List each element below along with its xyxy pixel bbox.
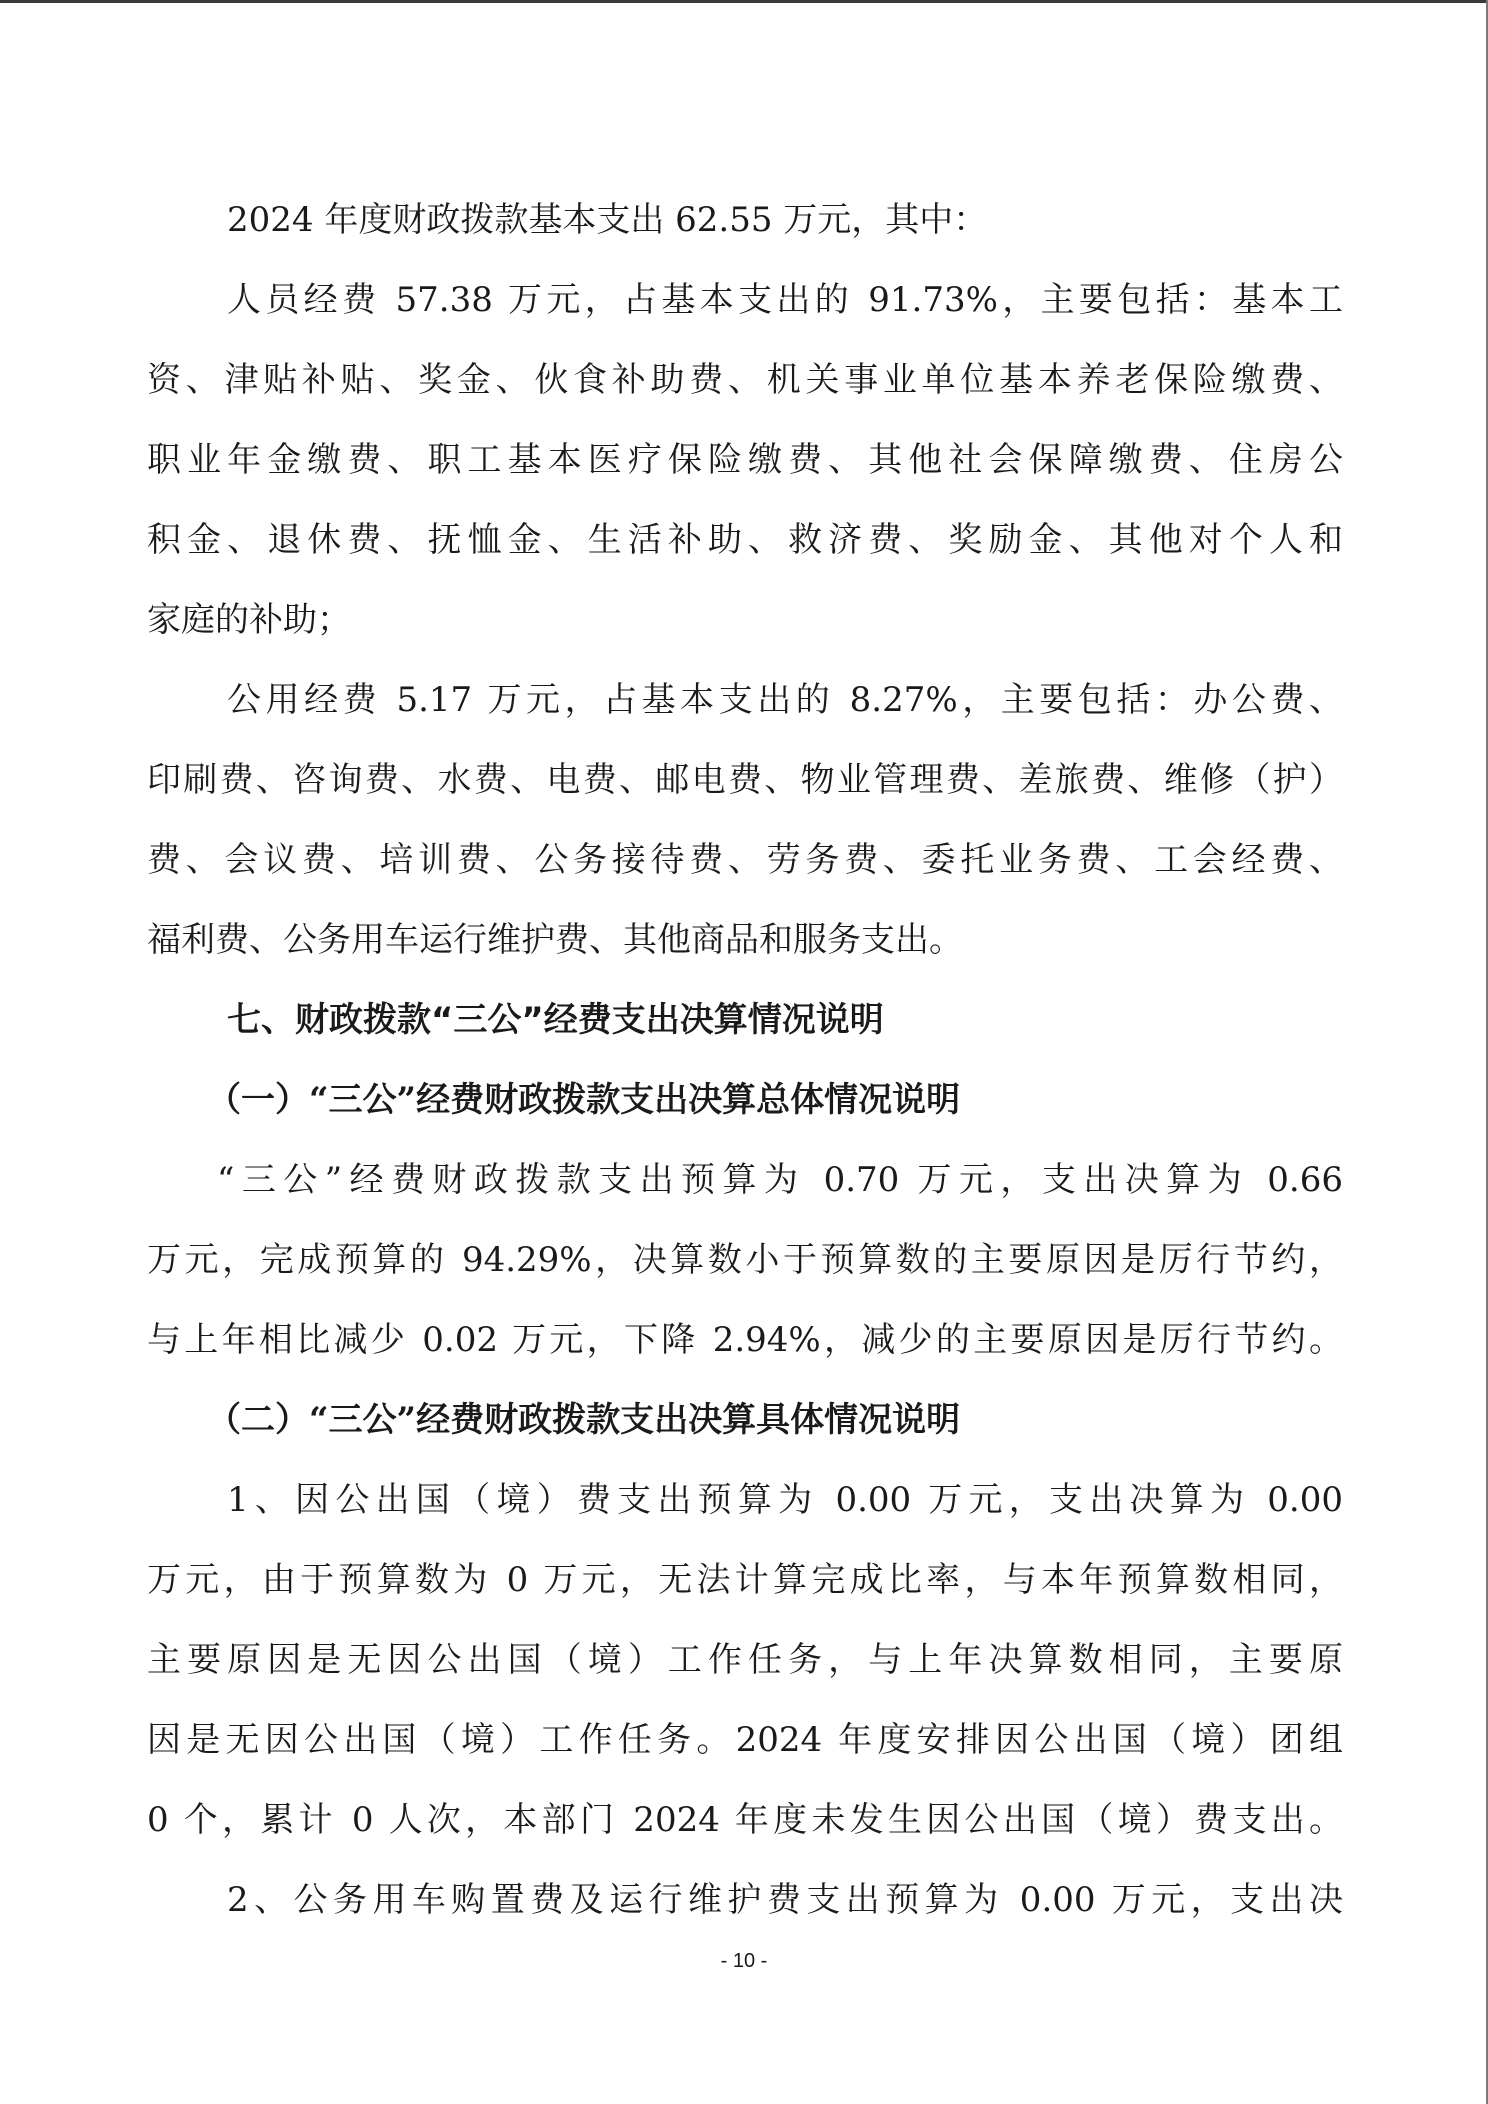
page-top-border	[0, 0, 1488, 3]
text-line: 印刷费、咨询费、水费、电费、邮电费、物业管理费、差旅费、维修（护）	[147, 740, 1343, 820]
text-line: 家庭的补助；	[147, 580, 1343, 660]
paragraph-basic-expenditure-intro: 2024 年度财政拨款基本支出 62.55 万元，其中：	[147, 180, 1343, 260]
subsection-heading-overall: （一）“三公”经费财政拨款支出决算总体情况说明	[147, 1060, 1343, 1140]
text-line: 与上年相比减少 0.02 万元，下降 2.94%，减少的主要原因是厉行节约。	[147, 1300, 1343, 1380]
text-line: 积金、退休费、抚恤金、生活补助、救济费、奖励金、其他对个人和	[147, 500, 1343, 580]
subsection-heading-specific: （二）“三公”经费财政拨款支出决算具体情况说明	[147, 1380, 1343, 1460]
paragraph-vehicle-expenses: 2、公务用车购置费及运行维护费支出预算为 0.00 万元，支出决	[147, 1860, 1343, 1940]
text-line: 公用经费 5.17 万元，占基本支出的 8.27%，主要包括：办公费、	[147, 660, 1343, 740]
paragraph-overseas-expenses: 1、因公出国（境）费支出预算为 0.00 万元，支出决算为 0.00 万元，由于…	[147, 1460, 1343, 1860]
section-heading-seven: 七、财政拨款“三公”经费支出决算情况说明	[147, 980, 1343, 1060]
paragraph-public-expenses: 公用经费 5.17 万元，占基本支出的 8.27%，主要包括：办公费、 印刷费、…	[147, 660, 1343, 980]
text-line: 福利费、公务用车运行维护费、其他商品和服务支出。	[147, 900, 1343, 980]
text-line: 主要原因是无因公出国（境）工作任务，与上年决算数相同，主要原	[147, 1620, 1343, 1700]
text-line: 万元，由于预算数为 0 万元，无法计算完成比率，与本年预算数相同，	[147, 1540, 1343, 1620]
text-line: 2、公务用车购置费及运行维护费支出预算为 0.00 万元，支出决	[147, 1860, 1343, 1940]
text-line: 职业年金缴费、职工基本医疗保险缴费、其他社会保障缴费、住房公	[147, 420, 1343, 500]
paragraph-three-public-overall: “三公”经费财政拨款支出预算为 0.70 万元，支出决算为 0.66 万元，完成…	[147, 1140, 1343, 1380]
text-line: 0 个，累计 0 人次，本部门 2024 年度未发生因公出国（境）费支出。	[147, 1780, 1343, 1860]
page-number: - 10 -	[0, 1950, 1488, 1973]
text-line: 因是无因公出国（境）工作任务。2024 年度安排因公出国（境）团组	[147, 1700, 1343, 1780]
text-line: 费、会议费、培训费、公务接待费、劳务费、委托业务费、工会经费、	[147, 820, 1343, 900]
text-line: “三公”经费财政拨款支出预算为 0.70 万元，支出决算为 0.66	[147, 1140, 1343, 1220]
document-page: 2024 年度财政拨款基本支出 62.55 万元，其中： 人员经费 57.38 …	[147, 180, 1343, 1940]
paragraph-personnel-expenses: 人员经费 57.38 万元，占基本支出的 91.73%，主要包括：基本工 资、津…	[147, 260, 1343, 660]
text-line: 资、津贴补贴、奖金、伙食补助费、机关事业单位基本养老保险缴费、	[147, 340, 1343, 420]
text-line: 万元，完成预算的 94.29%，决算数小于预算数的主要原因是厉行节约，	[147, 1220, 1343, 1300]
text-line: 人员经费 57.38 万元，占基本支出的 91.73%，主要包括：基本工	[147, 260, 1343, 340]
text-line: 1、因公出国（境）费支出预算为 0.00 万元，支出决算为 0.00	[147, 1460, 1343, 1540]
